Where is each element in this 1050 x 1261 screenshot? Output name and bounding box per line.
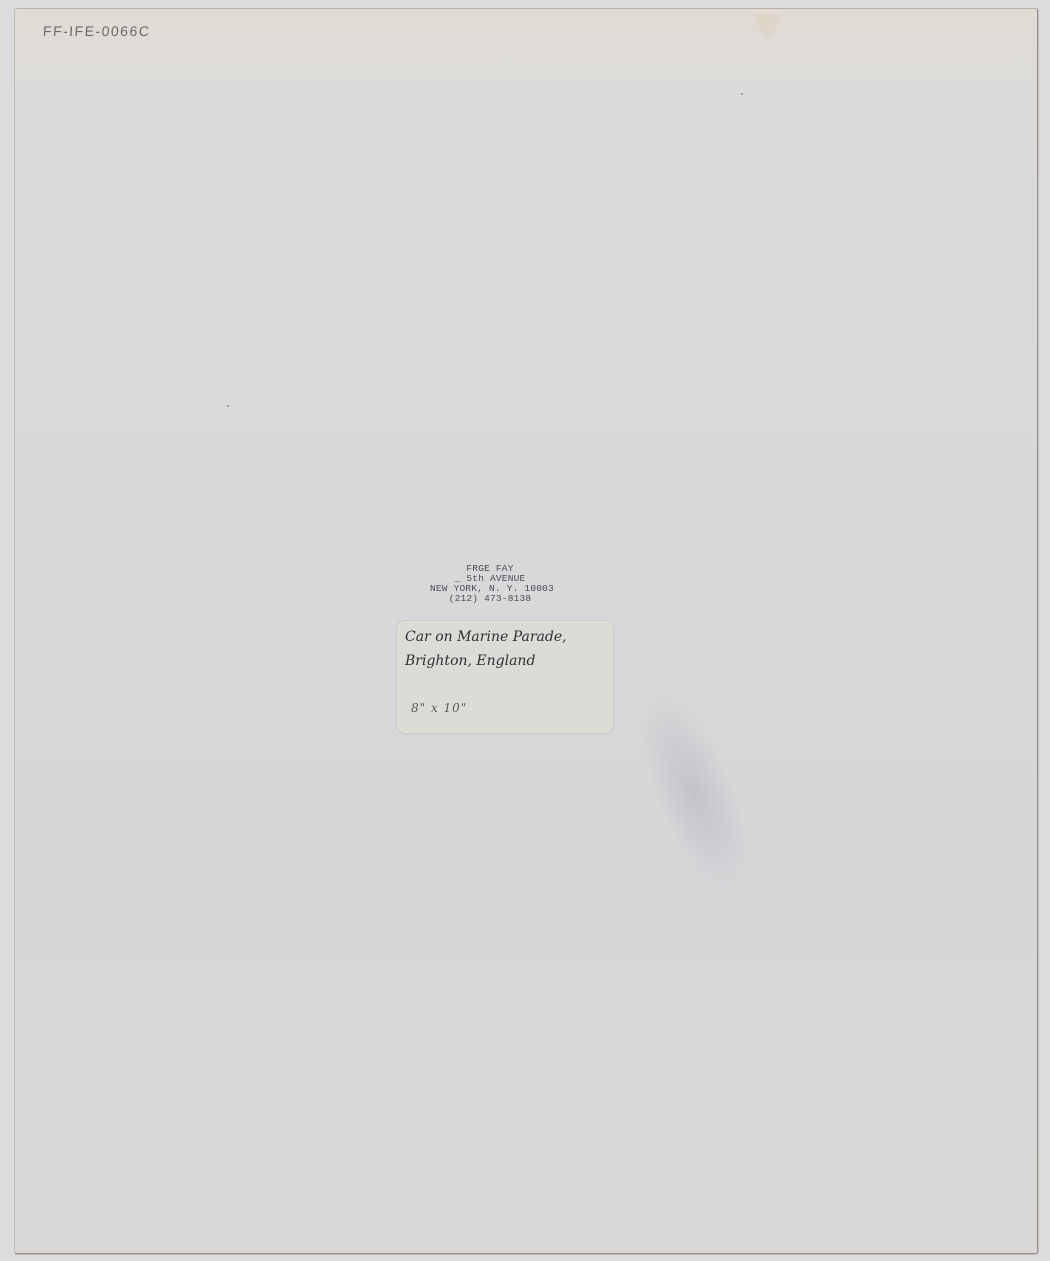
caption-line-2: Brighton, England	[405, 653, 535, 669]
catalog-number: FF-IFE-0066C	[42, 23, 151, 39]
print-size: 8" x 10"	[411, 701, 467, 715]
speck	[227, 405, 229, 407]
photographer-stamp: FRGE FAY _ 5th AVENUE NEW YORK, N. Y. 10…	[430, 564, 550, 604]
speck	[741, 93, 743, 95]
board-top-tone	[15, 9, 1037, 69]
caption-label: Car on Marine Parade, Brighton, England …	[396, 620, 614, 734]
pencil-smudge	[619, 682, 772, 907]
caption-line-1: Car on Marine Parade,	[405, 629, 567, 645]
stamp-line-phone: (212) 473-8138	[430, 594, 550, 604]
